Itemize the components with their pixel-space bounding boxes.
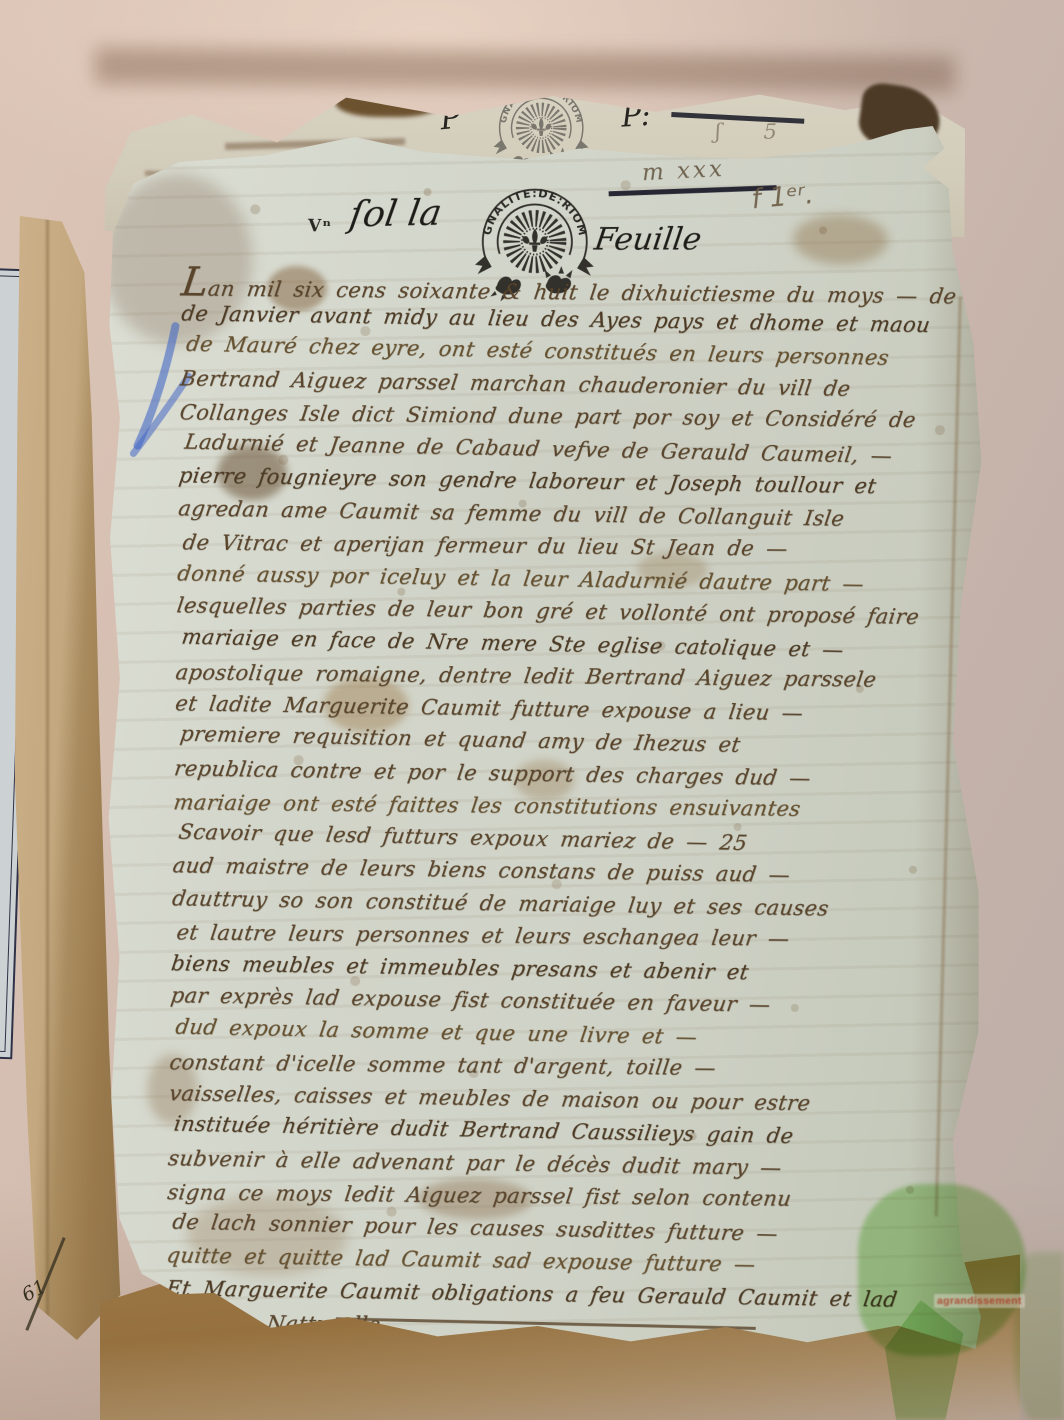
tariff-prefix: Vⁿ bbox=[308, 216, 332, 236]
tariff-text-right: Feuille bbox=[592, 222, 703, 258]
folio-number-note: f 1ᵉʳ. bbox=[750, 179, 815, 215]
faint-ink-marks: ʃ 5 bbox=[715, 119, 795, 144]
green-watermark-sliver bbox=[1014, 1252, 1064, 1420]
handwritten-text-block: Lan mil six cens soixante & huit le dixh… bbox=[166, 264, 963, 1349]
bottom-left-note-group: 61 bbox=[6, 1232, 116, 1352]
folder-crease bbox=[46, 216, 49, 1340]
tariff-text-left: ſol la bbox=[347, 193, 445, 236]
struck-out-note: m xxx bbox=[641, 156, 725, 186]
manuscript-page: Vⁿ ſol la Feuille m xxx f 1ᵉʳ. Lan mil s… bbox=[85, 113, 1004, 1362]
watermark-text: agrandissement bbox=[934, 1294, 1025, 1308]
photograph-of-manuscript: GNALITE:DE:RIOM bbox=[0, 0, 1064, 1420]
